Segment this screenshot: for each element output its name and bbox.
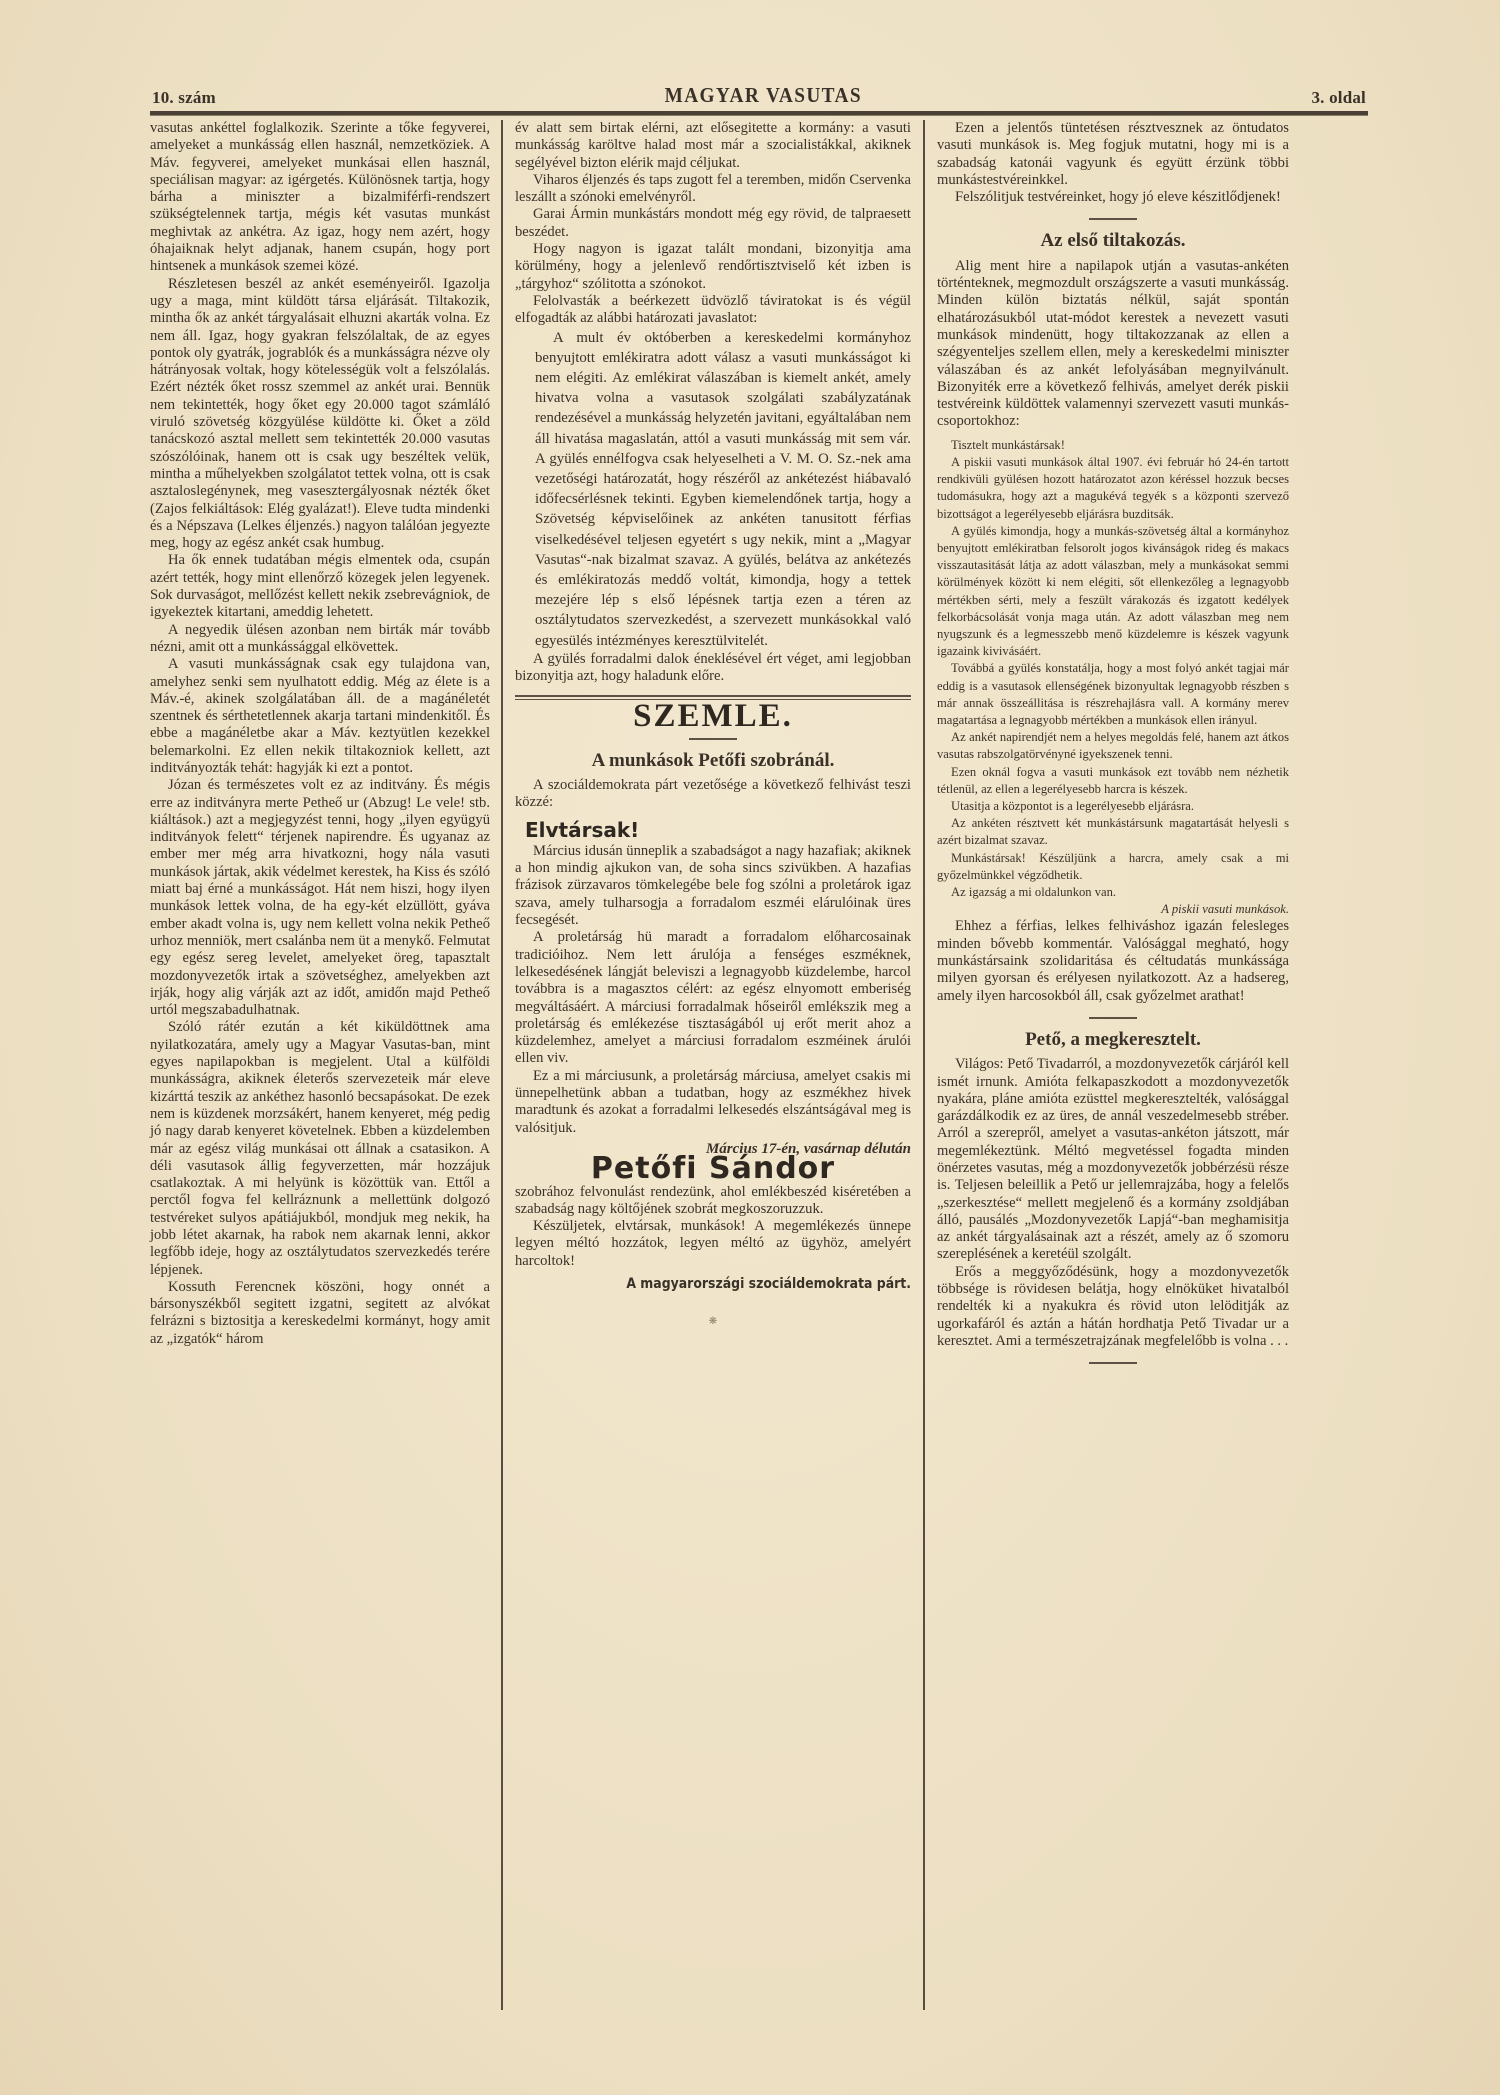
newspaper-page: 10. szám MAGYAR VASUTAS 3. oldal vasutas…	[150, 82, 1368, 2010]
paragraph: szobrához felvonulást rendezünk, ahol em…	[515, 1184, 911, 1219]
paragraph: Alig ment hire a napilapok utján a vasut…	[937, 258, 1289, 431]
paragraph: A gyülés forradalmi dalok éneklésével ér…	[515, 651, 911, 686]
paragraph: Kossuth Ferencnek köszöni, hogy onnét a …	[150, 1279, 490, 1348]
paragraph: Józan és természetes volt ez az inditván…	[150, 777, 490, 1019]
masthead-title: MAGYAR VASUTAS	[665, 83, 862, 108]
short-divider	[1089, 218, 1137, 220]
paragraph: Március idusán ünneplik a szabadságot a …	[515, 843, 911, 929]
paragraph: A vasuti munkásságnak csak egy tulajdona…	[150, 656, 490, 777]
paragraph: A piskii vasuti munkások által 1907. évi…	[937, 454, 1289, 523]
paragraph: Erős a meggyőződésünk, hogy a mozdonyvez…	[937, 1264, 1289, 1350]
paragraph: Hogy nagyon is igazat talált mondani, bi…	[515, 241, 911, 293]
letter-signature: A piskii vasuti munkások.	[937, 901, 1289, 918]
paragraph: Felszólitjuk testvéreinket, hogy jó elev…	[937, 189, 1289, 206]
paragraph: Munkástársak! Készüljünk a harcra, amely…	[937, 850, 1289, 884]
article-title: Az első tiltakozás.	[937, 232, 1289, 249]
paragraph: Az igazság a mi oldalunkon van.	[937, 884, 1289, 901]
short-divider	[689, 738, 737, 740]
party-signature: A magyarországi szociáldemokrata párt.	[570, 1276, 911, 1293]
event-name-heading: Petőfi Sándor	[515, 1160, 911, 1177]
paragraph: Felolvasták a beérkezett üdvözlő távirat…	[515, 293, 911, 328]
paragraph: év alatt sem birtak elérni, azt elősegit…	[515, 120, 911, 172]
paragraph: Utasitja a központot is a legerélyesebb …	[937, 798, 1289, 815]
columns: vasutas ankéttel foglalkozik. Szerinte a…	[150, 120, 1368, 2010]
paragraph: Az ankét napirendjét nem a helyes megold…	[937, 729, 1289, 763]
page-number: 3. oldal	[1311, 88, 1366, 108]
paragraph: A negyedik ülésen azonban nem birták már…	[150, 622, 490, 657]
ornament-dot: ❋	[515, 1313, 911, 1330]
short-divider	[1089, 1362, 1137, 1364]
paragraph: vasutas ankéttel foglalkozik. Szerinte a…	[150, 120, 490, 276]
paragraph: Az ankéten résztvett két munkástársunk m…	[937, 815, 1289, 849]
header-rule	[150, 111, 1368, 116]
paragraph: Szóló rátér ezután a két kiküldöttnek am…	[150, 1019, 490, 1278]
paragraph: Garai Ármin munkástárs mondott még egy r…	[515, 206, 911, 241]
paragraph: Viharos éljenzés és taps zugott fel a te…	[515, 172, 911, 207]
column-2: év alatt sem birtak elérni, azt elősegit…	[501, 120, 925, 2010]
letter-salutation: Tisztelt munkástársak!	[937, 437, 1289, 454]
short-divider	[1089, 1017, 1137, 1019]
paragraph: Ha ők ennek tudatában mégis elmentek oda…	[150, 552, 490, 621]
paragraph: Ezen oknál fogva a vasuti munkások ezt t…	[937, 764, 1289, 798]
column-1: vasutas ankéttel foglalkozik. Szerinte a…	[150, 120, 501, 2010]
paragraph: A proletárság hü maradt a forradalom elő…	[515, 929, 911, 1067]
quoted-letter: Tisztelt munkástársak! A piskii vasuti m…	[937, 437, 1289, 919]
paragraph: Ehhez a férfias, lelkes felhiváshoz igaz…	[937, 918, 1289, 1004]
paragraph: Részletesen beszél az ankét eseményeiről…	[150, 276, 490, 553]
issue-number: 10. szám	[152, 88, 216, 108]
article-title: Pető, a megkeresztelt.	[937, 1031, 1289, 1048]
resolution-block: A mult év októberben a kereskedelmi korm…	[515, 328, 911, 651]
paragraph: Készüljetek, elvtársak, munkások! A mege…	[515, 1218, 911, 1270]
resolution-text: A mult év októberben a kereskedelmi korm…	[535, 328, 911, 651]
article-title: A munkások Petőfi szobránál.	[515, 752, 911, 769]
section-heading-szemle: SZEMLE.	[515, 708, 911, 725]
paragraph: Ezen a jelentős tüntetésen résztvesznek …	[937, 120, 1289, 189]
page-header: 10. szám MAGYAR VASUTAS 3. oldal	[150, 82, 1368, 108]
paragraph: Világos: Pető Tivadarról, a mozdonyvezet…	[937, 1056, 1289, 1264]
paragraph: Ez a mi márciusunk, a proletárság márciu…	[515, 1068, 911, 1137]
column-3: Ezen a jelentős tüntetésen résztvesznek …	[925, 120, 1289, 2010]
paragraph: A gyülés kimondja, hogy a munkás-szövets…	[937, 523, 1289, 661]
paragraph: A szociáldemokrata párt vezetősége a köv…	[515, 777, 911, 812]
paragraph: Továbbá a gyülés konstatálja, hogy a mos…	[937, 660, 1289, 729]
appeal-heading: Elvtársak!	[525, 822, 911, 839]
